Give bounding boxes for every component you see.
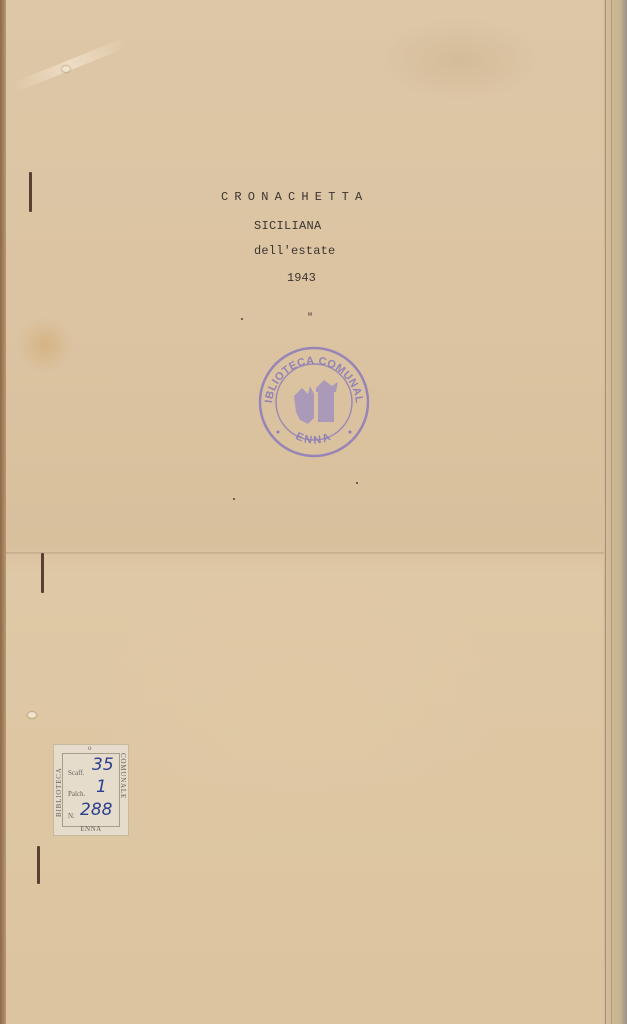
svg-text:ENNA: ENNA — [294, 430, 334, 446]
field-n-label: N. — [68, 812, 75, 820]
staple-icon — [37, 846, 40, 884]
title-line-3: dell'estate — [254, 244, 335, 258]
label-right-text: COMUNALE — [119, 753, 127, 799]
field-n-value: 288 — [80, 800, 112, 820]
field-scaff-value: 35 — [92, 755, 114, 775]
spine-edge — [0, 0, 6, 1024]
torn-hole — [62, 66, 70, 72]
binding-hole — [28, 712, 36, 718]
field-scaff-label: Scaff. — [68, 769, 84, 777]
label-bottom-text: ENNA — [54, 825, 128, 833]
label-left-text: BIBLIOTECA — [55, 767, 63, 817]
stamp-seal-icon: BIBLIOTECA COMUNALE ENNA — [258, 346, 370, 458]
label-top-mark: o — [88, 744, 92, 752]
field-palch-label: Palch. — [68, 790, 85, 798]
document-page: CRONACHETTA SICILIANA dell'estate 1943 "… — [0, 0, 627, 1024]
title-line-1: CRONACHETTA — [221, 190, 368, 204]
staple-icon — [29, 172, 32, 212]
page-edges — [603, 0, 627, 1024]
ink-speck — [233, 498, 235, 500]
field-palch-value: 1 — [96, 777, 107, 797]
ink-speck — [241, 318, 243, 320]
title-year: 1943 — [287, 271, 316, 285]
shelf-label: o BIBLIOTECA COMUNALE Scaff. 35 Palch. 1… — [53, 744, 129, 836]
horizontal-fold — [6, 552, 604, 556]
ornament-mark: " — [307, 313, 313, 324]
title-line-2: SICILIANA — [254, 219, 322, 233]
library-stamp: BIBLIOTECA COMUNALE ENNA — [258, 346, 370, 458]
paper-crease — [12, 38, 127, 92]
staple-icon — [41, 553, 44, 593]
ink-speck — [356, 482, 358, 484]
